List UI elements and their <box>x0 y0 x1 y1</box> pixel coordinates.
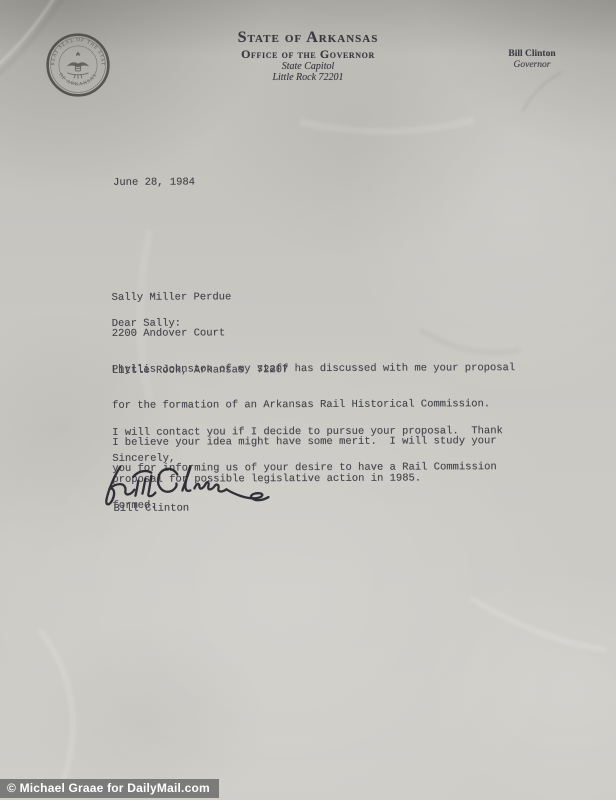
salutation: Dear Sally: <box>112 318 181 331</box>
recipient-line: Sally Miller Perdue <box>112 291 288 304</box>
letter-body: June 28, 1984 Sally Miller Perdue 2200 A… <box>0 0 616 800</box>
photo-credit-text: © Michael Graae for DailyMail.com <box>7 781 210 795</box>
letter-photograph: GREAT SEAL OF THE STATE OF ARKANSAS Stat… <box>0 0 616 800</box>
paragraph-line: I will contact you if I decide to pursue… <box>112 425 503 439</box>
paragraph-line: Phyllis Johnston of my staff has discuss… <box>112 362 515 376</box>
photo-credit-bar: © Michael Graae for DailyMail.com <box>0 779 219 798</box>
typed-signature-name: Bill Clinton <box>113 502 189 515</box>
letter-date: June 28, 1984 <box>113 176 195 189</box>
